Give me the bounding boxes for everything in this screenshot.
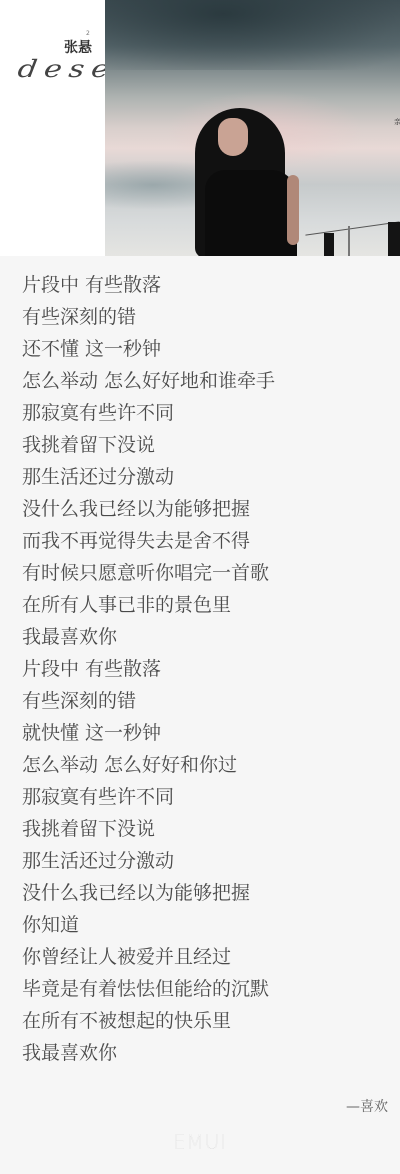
- artist-name: 张悬: [64, 37, 92, 57]
- lyric-line: 有些深刻的错: [22, 685, 275, 717]
- cover-photo: 亲爱的…我还不知道: [105, 0, 400, 256]
- lyric-line: 那生活还过分激动: [22, 461, 275, 493]
- artist-superscript: 2: [86, 30, 90, 37]
- lyric-line: 那生活还过分激动: [22, 845, 275, 877]
- lyric-line: 有时候只愿意听你唱完一首歌: [22, 557, 275, 589]
- song-signature: —喜欢: [346, 1096, 388, 1116]
- emui-watermark: EMUI: [0, 1130, 400, 1154]
- lyric-line: 而我不再觉得失去是舍不得: [22, 525, 275, 557]
- lyric-line: 在所有人事已非的景色里: [22, 589, 275, 621]
- lyric-line: 有些深刻的错: [22, 301, 275, 333]
- cover-white-panel: 2 张悬 desertss: [0, 0, 105, 256]
- lyric-line: 没什么我已经以为能够把握: [22, 877, 275, 909]
- lyric-line: 就快懂 这一秒钟: [22, 717, 275, 749]
- fence-wire: [305, 221, 399, 235]
- lyric-line: 还不懂 这一秒钟: [22, 333, 275, 365]
- lyric-line: 那寂寞有些许不同: [22, 397, 275, 429]
- photo-caption: 亲爱的…我还不知道: [394, 117, 400, 127]
- lyric-line: 怎么举动 怎么好好和你过: [22, 749, 275, 781]
- lyric-line: 我最喜欢你: [22, 621, 275, 653]
- lyric-line: 毕竟是有着怯怯但能给的沉默: [22, 973, 275, 1005]
- lyric-line: 怎么举动 怎么好好地和谁牵手: [22, 365, 275, 397]
- lyric-line: 片段中 有些散落: [22, 269, 275, 301]
- brand-text: EMUI: [173, 1130, 227, 1154]
- sky-clouds: [105, 0, 400, 70]
- lyrics-list: 片段中 有些散落 有些深刻的错 还不懂 这一秒钟 怎么举动 怎么好好地和谁牵手 …: [22, 269, 275, 1069]
- fence-pole: [348, 226, 350, 256]
- lyric-line: 那寂寞有些许不同: [22, 781, 275, 813]
- fence-post: [324, 233, 334, 256]
- singer-face: [218, 118, 248, 156]
- singer-arm: [287, 175, 299, 245]
- lyric-line: 片段中 有些散落: [22, 653, 275, 685]
- album-cover-image: 2 张悬 desertss 亲爱的…我还不知道: [0, 0, 400, 256]
- fence-post: [388, 222, 400, 256]
- lyric-line: 我挑着留下没说: [22, 813, 275, 845]
- lyric-line: 你曾经让人被爱并且经过: [22, 941, 275, 973]
- lyric-line: 在所有不被想起的快乐里: [22, 1005, 275, 1037]
- lyric-line: 我挑着留下没说: [22, 429, 275, 461]
- singer-body: [205, 170, 297, 256]
- lyric-line: 没什么我已经以为能够把握: [22, 493, 275, 525]
- lyric-line: 我最喜欢你: [22, 1037, 275, 1069]
- lyric-line: 你知道: [22, 909, 275, 941]
